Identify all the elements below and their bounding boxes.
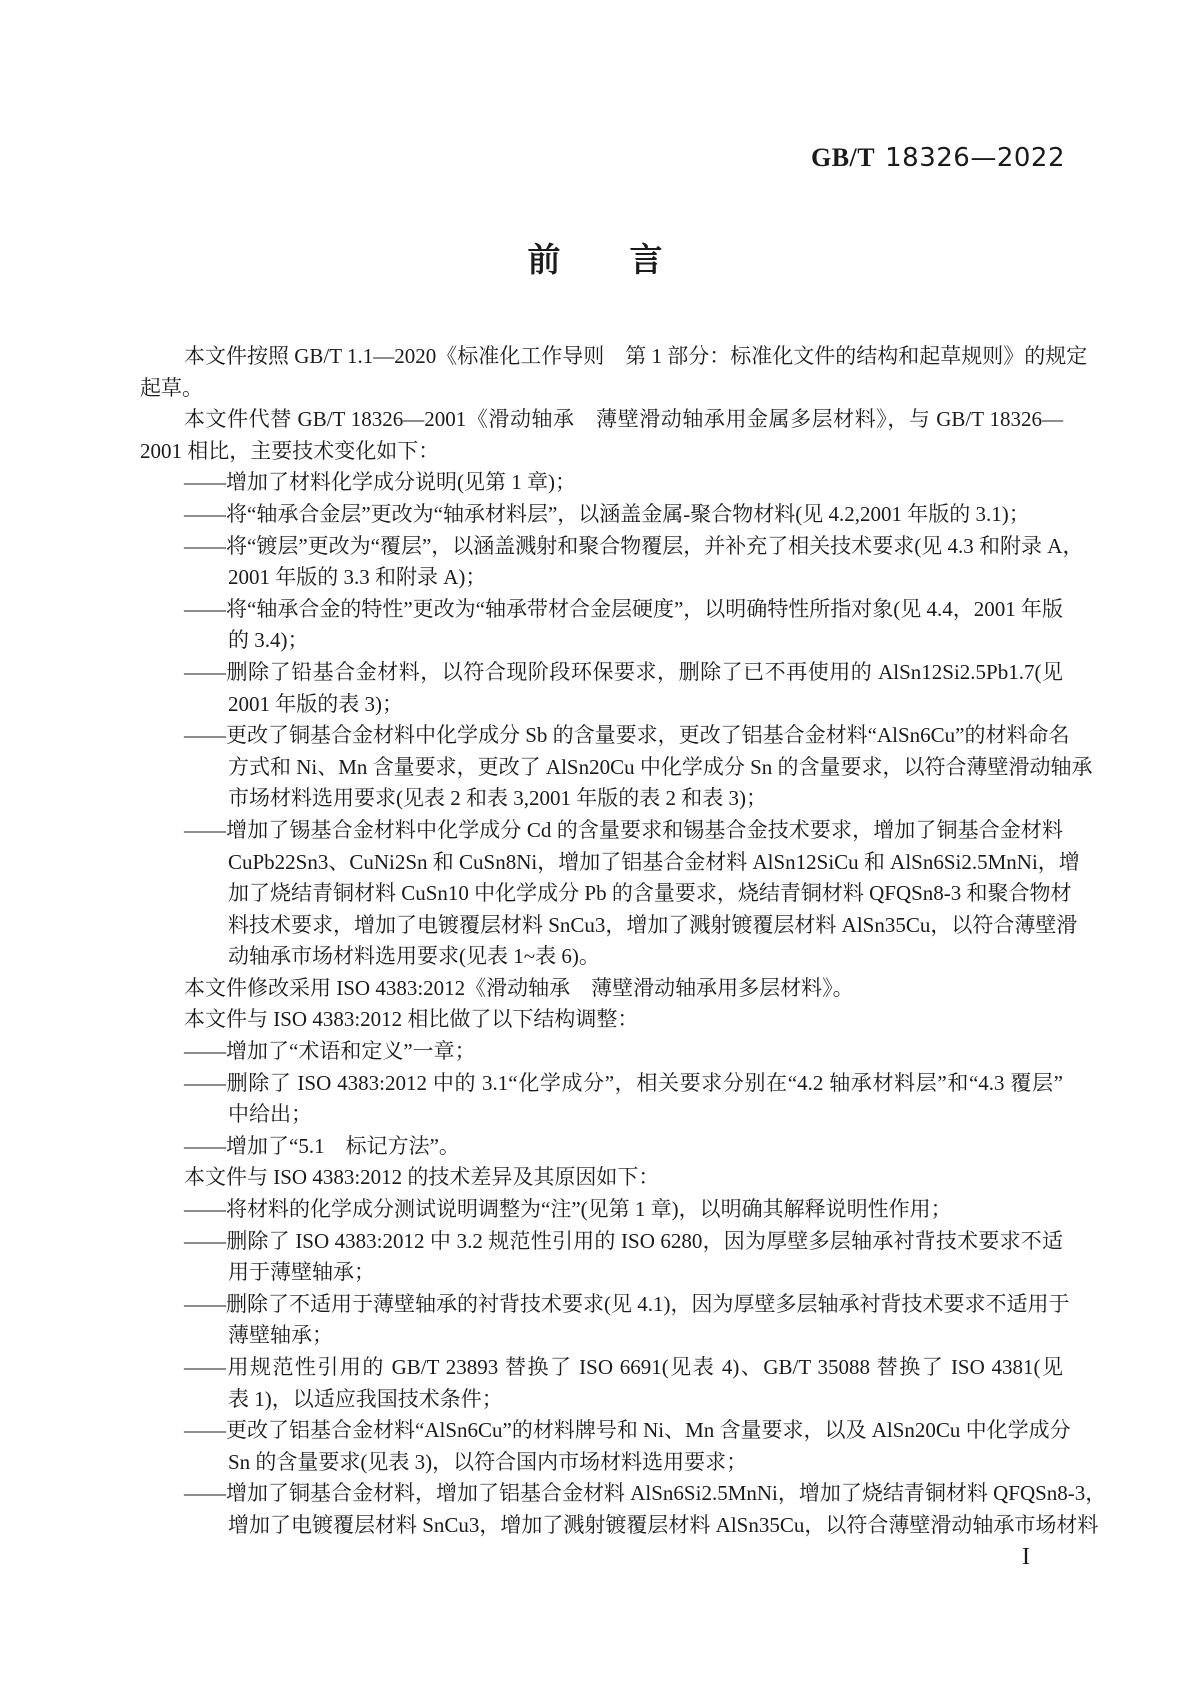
foreword-line: 薄壁轴承； <box>140 1320 1063 1352</box>
foreword-line: 本文件与 ISO 4383:2012 的技术差异及其原因如下： <box>140 1162 1063 1194</box>
foreword-line: ——将材料的化学成分测试说明调整为“注”(见第 1 章)，以明确其解释说明性作用… <box>140 1194 1063 1226</box>
standard-code-number: 18326—2022 <box>885 143 1065 173</box>
foreword-line: ——删除了 ISO 4383:2012 中 3.2 规范性引用的 ISO 628… <box>140 1226 1063 1258</box>
foreword-line: ——更改了铜基合金材料中化学成分 Sb 的含量要求，更改了铝基合金材料“AlSn… <box>140 720 1063 752</box>
foreword-line: ——增加了“术语和定义”一章； <box>140 1036 1063 1068</box>
foreword-line: Sn 的含量要求(见表 3)，以符合国内市场材料选用要求； <box>140 1447 1063 1479</box>
foreword-line: 用于薄壁轴承； <box>140 1257 1063 1289</box>
page-title: 前 言 <box>0 240 1191 280</box>
foreword-line: ——将“轴承合金层”更改为“轴承材料层”，以涵盖金属-聚合物材料(见 4.2,2… <box>140 499 1063 531</box>
foreword-line: ——更改了铝基合金材料“AlSn6Cu”的材料牌号和 Ni、Mn 含量要求，以及… <box>140 1415 1063 1447</box>
foreword-line: 加了烧结青铜材料 CuSn10 中化学成分 Pb 的含量要求，烧结青铜材料 QF… <box>140 878 1063 910</box>
foreword-line: 2001 年版的表 3)； <box>140 689 1063 721</box>
foreword-line: CuPb22Sn3、CuNi2Sn 和 CuSn8Ni，增加了铝基合金材料 Al… <box>140 847 1063 879</box>
foreword-line: 2001 年版的 3.3 和附录 A)； <box>140 562 1063 594</box>
foreword-line: 本文件代替 GB/T 18326—2001《滑动轴承 薄壁滑动轴承用金属多层材料… <box>140 404 1063 436</box>
foreword-line: 市场材料选用要求(见表 2 和表 3,2001 年版的表 2 和表 3)； <box>140 783 1063 815</box>
foreword-line: 表 1)，以适应我国技术条件； <box>140 1384 1063 1416</box>
foreword-line: ——将“镀层”更改为“覆层”，以涵盖溅射和聚合物覆层，并补充了相关技术要求(见 … <box>140 531 1063 563</box>
document-page: GB/T18326—2022 前 言 本文件按照 GB/T 1.1—2020《标… <box>0 0 1191 1684</box>
foreword-line: 的 3.4)； <box>140 625 1063 657</box>
foreword-line: ——删除了 ISO 4383:2012 中的 3.1“化学成分”，相关要求分别在… <box>140 1068 1063 1100</box>
foreword-line: ——将“轴承合金的特性”更改为“轴承带材合金层硬度”，以明确特性所指对象(见 4… <box>140 594 1063 626</box>
foreword-line: 增加了电镀覆层材料 SnCu3，增加了溅射镀覆层材料 AlSn35Cu，以符合薄… <box>140 1510 1063 1542</box>
foreword-line: 本文件与 ISO 4383:2012 相比做了以下结构调整： <box>140 1004 1063 1036</box>
foreword-line: ——增加了锡基合金材料中化学成分 Cd 的含量要求和锡基合金技术要求，增加了铜基… <box>140 815 1063 847</box>
foreword-line: 本文件按照 GB/T 1.1—2020《标准化工作导则 第 1 部分：标准化文件… <box>140 341 1063 373</box>
standard-code-prefix: GB/T <box>811 143 875 172</box>
foreword-line: ——增加了铜基合金材料，增加了铝基合金材料 AlSn6Si2.5MnNi，增加了… <box>140 1478 1063 1510</box>
foreword-line: 中给出； <box>140 1099 1063 1131</box>
foreword-body: 本文件按照 GB/T 1.1—2020《标准化工作导则 第 1 部分：标准化文件… <box>140 341 1063 1542</box>
foreword-line: 动轴承市场材料选用要求(见表 1~表 6)。 <box>140 941 1063 973</box>
foreword-line: ——用规范性引用的 GB/T 23893 替换了 ISO 6691(见表 4)、… <box>140 1352 1063 1384</box>
foreword-line: 料技术要求，增加了电镀覆层材料 SnCu3，增加了溅射镀覆层材料 AlSn35C… <box>140 910 1063 942</box>
page-number: I <box>1022 1544 1030 1571</box>
foreword-line: 2001 相比，主要技术变化如下： <box>140 436 1063 468</box>
foreword-line: ——删除了铅基合金材料，以符合现阶段环保要求，删除了已不再使用的 AlSn12S… <box>140 657 1063 689</box>
foreword-line: 本文件修改采用 ISO 4383:2012《滑动轴承 薄壁滑动轴承用多层材料》。 <box>140 973 1063 1005</box>
foreword-line: ——删除了不适用于薄壁轴承的衬背技术要求(见 4.1)，因为厚壁多层轴承衬背技术… <box>140 1289 1063 1321</box>
foreword-line: 方式和 Ni、Mn 含量要求，更改了 AlSn20Cu 中化学成分 Sn 的含量… <box>140 752 1063 784</box>
standard-code: GB/T18326—2022 <box>811 143 1065 173</box>
foreword-line: ——增加了材料化学成分说明(见第 1 章)； <box>140 467 1063 499</box>
foreword-line: 起草。 <box>140 373 1063 405</box>
foreword-line: ——增加了“5.1 标记方法”。 <box>140 1131 1063 1163</box>
